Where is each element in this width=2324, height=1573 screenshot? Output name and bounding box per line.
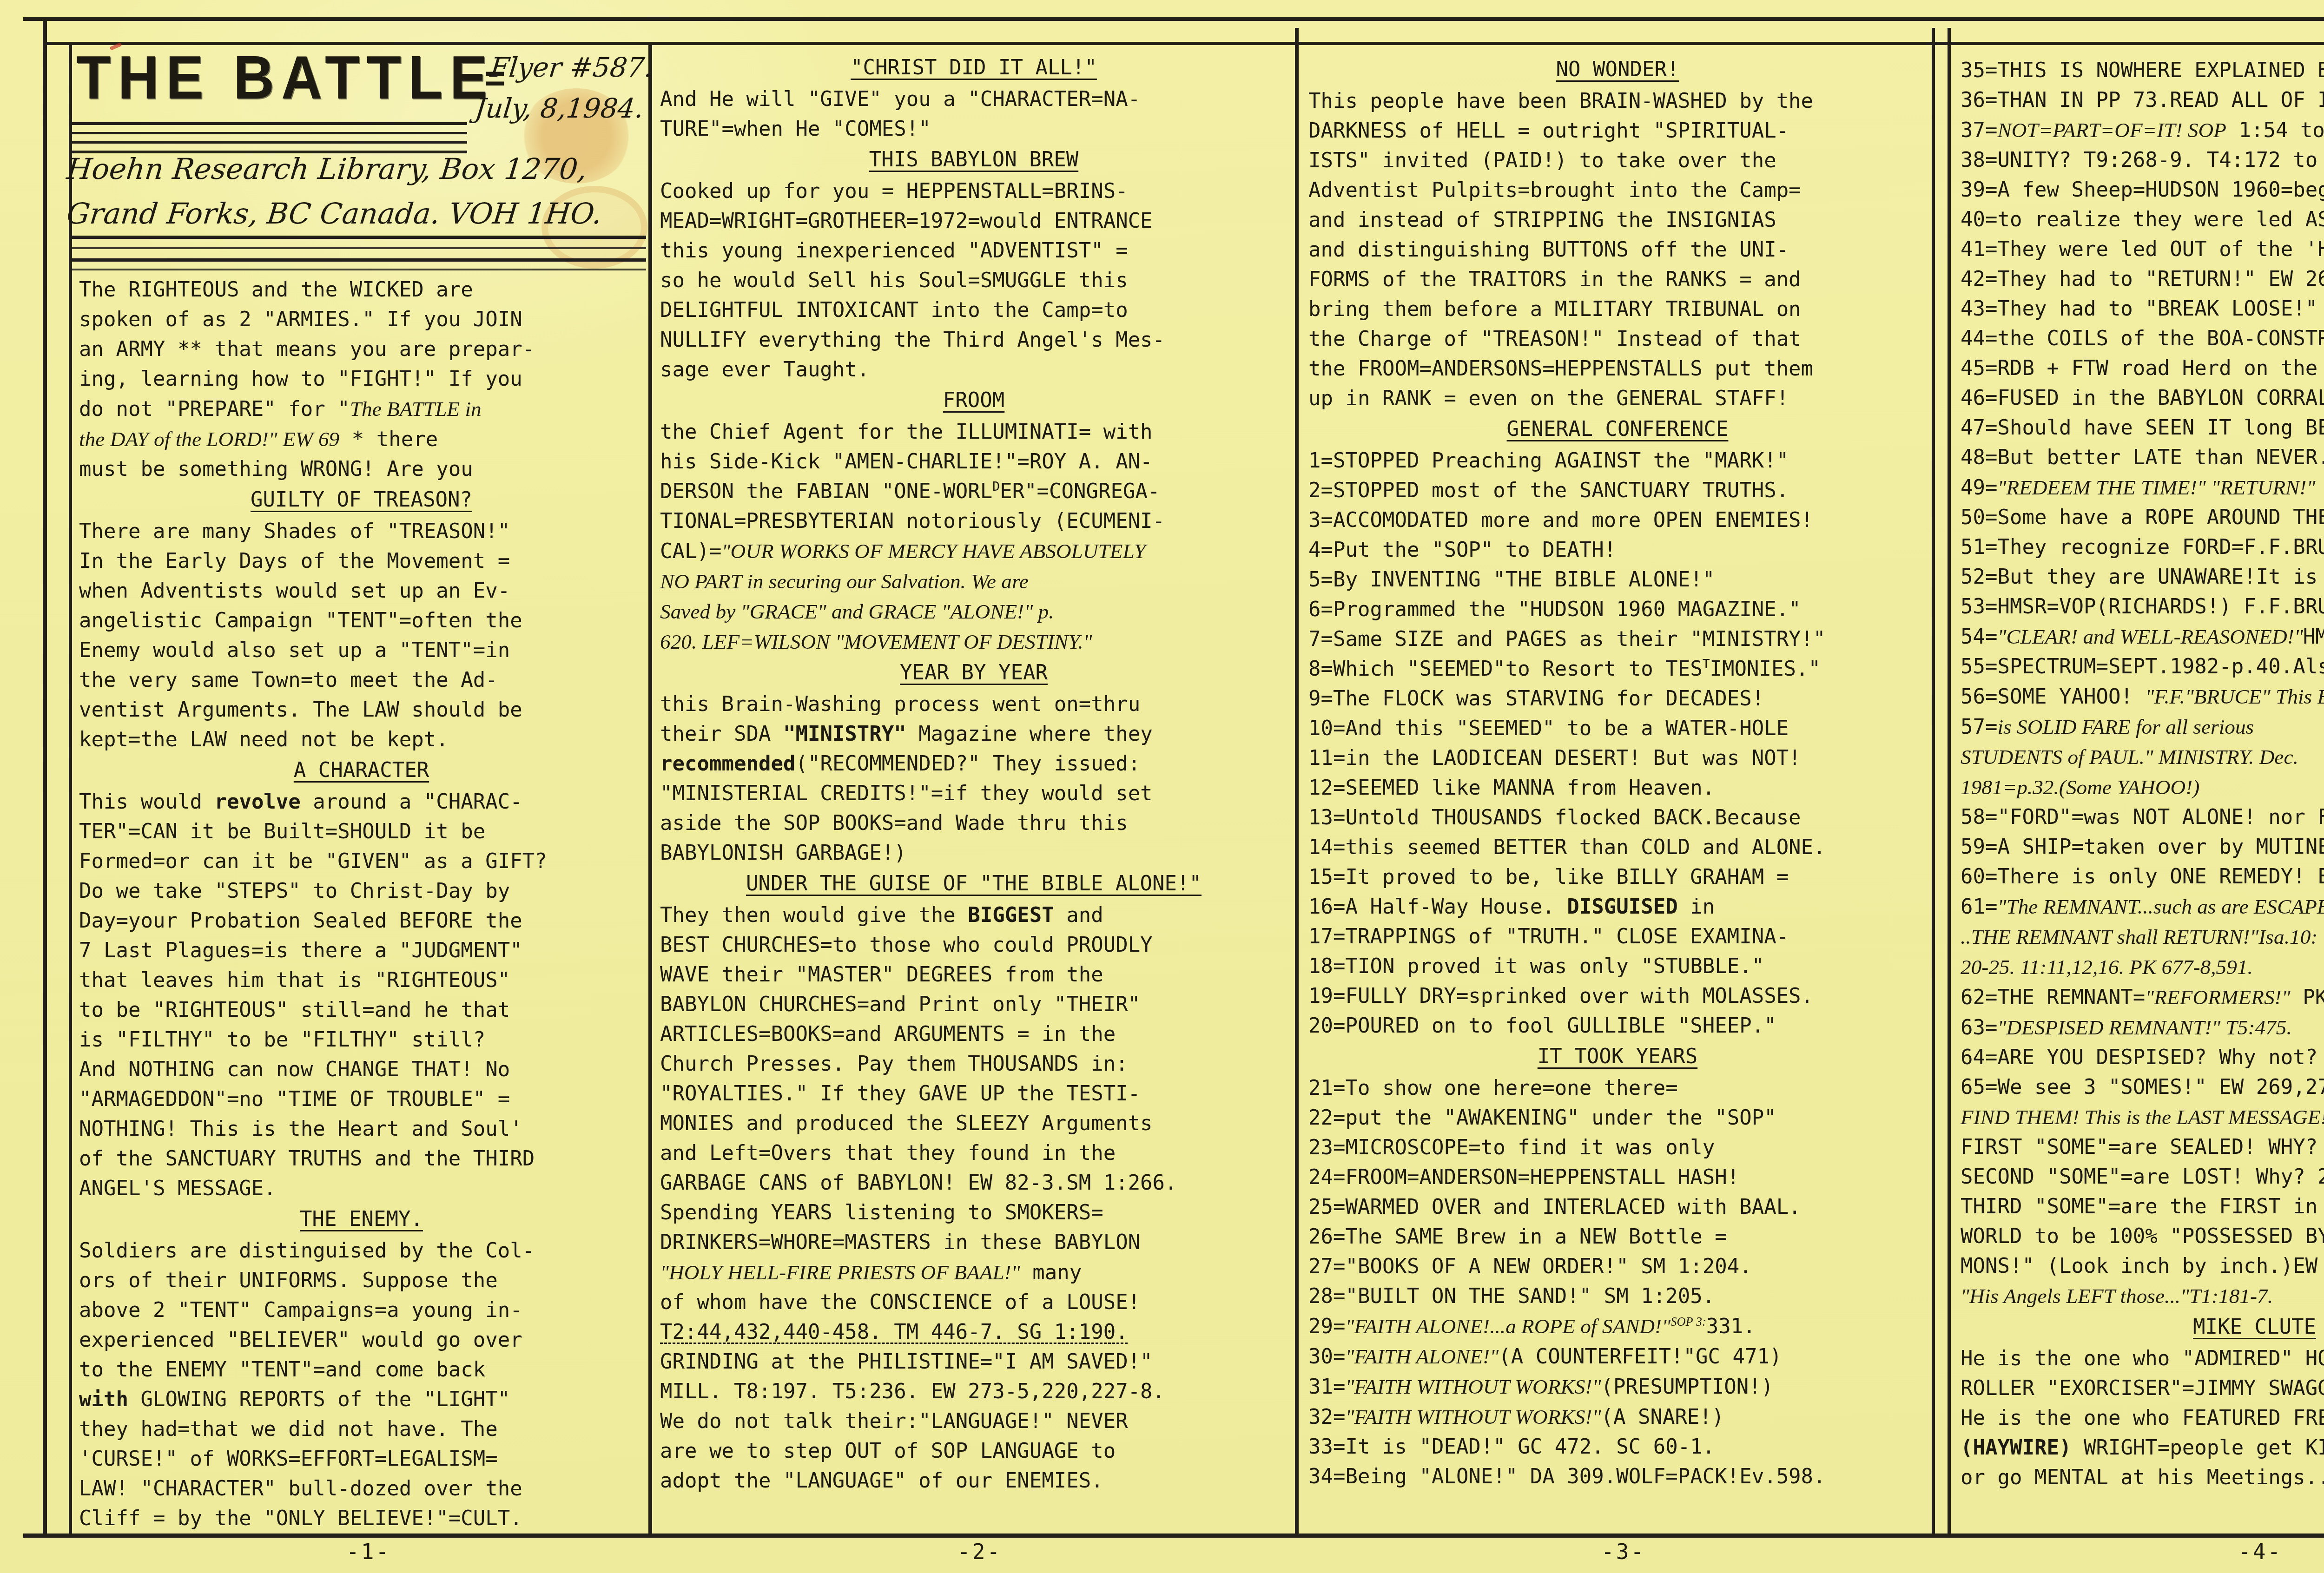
- column-1: The RIGHTEOUS and the WICKED are spoken …: [79, 275, 644, 1534]
- paragraph: this Brain-Washing process went on=thru …: [660, 690, 1287, 868]
- section-heading: MIKE CLUTE: [1961, 1312, 2324, 1342]
- border-left-outer: [43, 19, 47, 1537]
- address-line-1: Hoehn Research Library, Box 1270,: [65, 152, 588, 186]
- paragraph: Soldiers are distinguised by the Col- or…: [79, 1236, 644, 1534]
- paragraph: Cooked up for you = HEPPENSTALL=BRINS- M…: [660, 177, 1287, 385]
- section-heading: "CHRIST DID IT ALL!": [660, 53, 1287, 83]
- masthead-divider: [70, 247, 646, 249]
- paragraph: He is the one who "ADMIRED" HOLY- ROLLER…: [1961, 1344, 2324, 1493]
- section-heading: GENERAL CONFERENCE: [1308, 415, 1927, 444]
- paragraph: the Chief Agent for the ILLUMINATI= with…: [660, 417, 1287, 657]
- section-heading: THIS BABYLON BREW: [660, 145, 1287, 175]
- section-heading: IT TOOK YEARS: [1308, 1042, 1927, 1072]
- paragraph: There are many Shades of "TREASON!" In t…: [79, 517, 644, 755]
- masthead: THE BATTLE = Flyer #587. July, 8,1984. H…: [70, 44, 648, 273]
- section-heading: NO WONDER!: [1308, 55, 1927, 85]
- address-line-2: Grand Forks, BC Canada. VOH 1HO.: [65, 197, 603, 230]
- paragraph: And He will "GIVE" you a "CHARACTER=NA- …: [660, 85, 1287, 144]
- masthead-divider: [70, 258, 646, 262]
- section-heading: FROOM: [660, 386, 1287, 415]
- paragraph: 35=THIS IS NOWHERE EXPLAINED BETTER 36=T…: [1961, 56, 2324, 1311]
- masthead-rule: [70, 132, 467, 134]
- page-number-2: -2-: [957, 1539, 1002, 1564]
- page-number-4: -4-: [2238, 1539, 2282, 1564]
- divider-col3-col4-b: [1948, 28, 1951, 1534]
- flyer-title: THE BATTLE: [76, 47, 495, 108]
- section-heading: YEAR BY YEAR: [660, 658, 1287, 688]
- paragraph: The RIGHTEOUS and the WICKED are spoken …: [79, 275, 644, 484]
- paragraph: This would revolve around a "CHARAC- TER…: [79, 787, 644, 1204]
- paragraph: 21=To show one here=one there= 22=put th…: [1308, 1073, 1927, 1492]
- masthead-rule: [70, 122, 467, 125]
- column-3: NO WONDER!This people have been BRAIN-WA…: [1308, 54, 1927, 1493]
- page-number-3: -3-: [1601, 1539, 1645, 1564]
- paragraph: This people have been BRAIN-WASHED by th…: [1308, 86, 1927, 414]
- flyer-number: Flyer #587.: [489, 52, 654, 83]
- masthead-divider: [70, 236, 646, 239]
- masthead-divider: [70, 269, 646, 270]
- section-heading: A CHARACTER: [79, 756, 644, 785]
- masthead-rule: [70, 141, 467, 144]
- border-top-outer: [23, 17, 2324, 21]
- section-heading: GUILTY OF TREASON?: [79, 485, 644, 515]
- column-2: "CHRIST DID IT ALL!"And He will "GIVE" y…: [660, 52, 1287, 1497]
- flyer-page: THE BATTLE = Flyer #587. July, 8,1984. H…: [0, 0, 2324, 1573]
- section-heading: UNDER THE GUISE OF "THE BIBLE ALONE!": [660, 869, 1287, 899]
- section-heading: THE ENEMY.: [79, 1204, 644, 1234]
- column-4: 35=THIS IS NOWHERE EXPLAINED BETTER 36=T…: [1961, 56, 2324, 1494]
- page-number-1: -1-: [346, 1539, 390, 1564]
- divider-col3-col4-a: [1932, 28, 1935, 1534]
- paragraph: They then would give the BIGGEST and BES…: [660, 901, 1287, 1496]
- flyer-date: July, 8,1984.: [473, 92, 645, 124]
- divider-col1-col2: [648, 44, 652, 1534]
- paragraph: 1=STOPPED Preaching AGAINST the "MARK!" …: [1308, 446, 1927, 1041]
- divider-col2-col3: [1295, 28, 1299, 1534]
